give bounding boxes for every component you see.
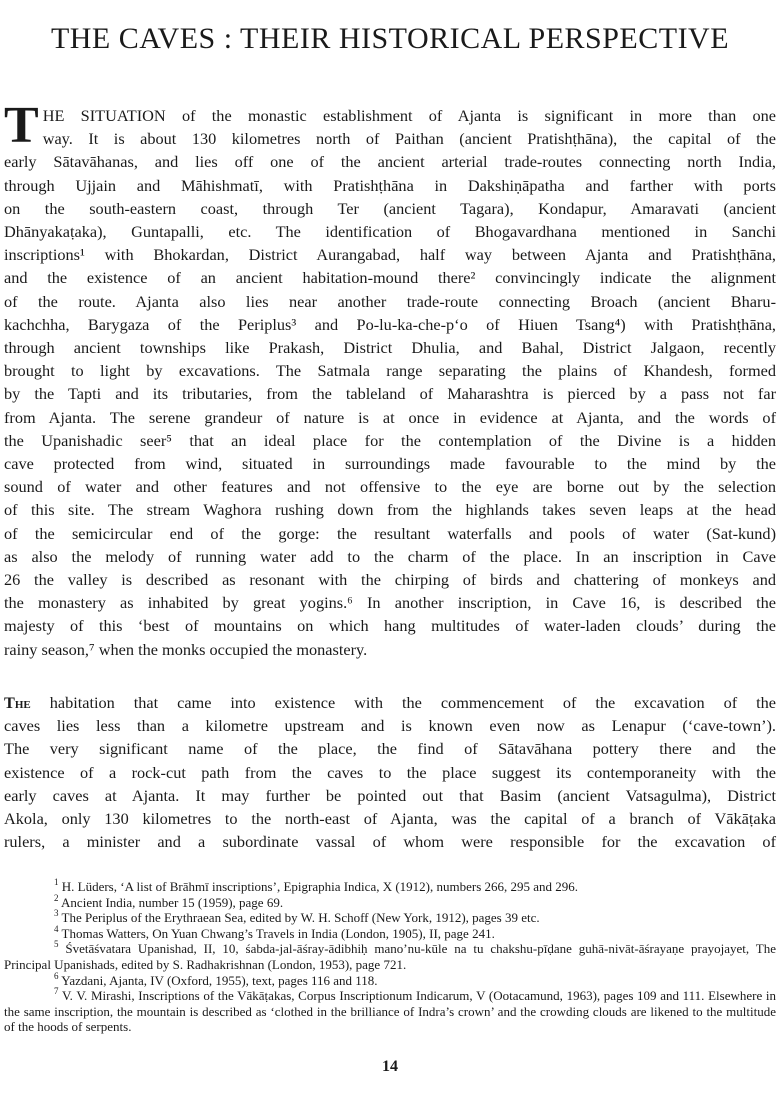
footnote-7: 7 V. V. Mirashi, Inscriptions of the Vāk… [4, 988, 776, 1035]
drop-cap: T [4, 106, 39, 146]
footnote-6: 6 Yazdani, Ajanta, IV (Oxford, 1955), te… [4, 973, 776, 989]
lead-word: The [4, 693, 31, 712]
text-line: early Sātavāhanas, and lies off one of t… [4, 150, 776, 173]
text-line: 26 the valley is described as resonant w… [4, 568, 776, 591]
text-line: by the Tapti and its tributaries, from t… [4, 382, 776, 405]
text-line: caves lies less than a kilometre upstrea… [4, 714, 776, 737]
text-line: on the south-eastern coast, through Ter … [4, 197, 776, 220]
paragraph-1: T HE SITUATION of the monastic establish… [4, 104, 776, 661]
text-line: from Ajanta. The serene grandeur of natu… [4, 406, 776, 429]
footnote-5: 5 Śvetāśvatara Upanishad, II, 10, śabda-… [4, 941, 776, 972]
text-line: existence of a rock-cut path from the ca… [4, 761, 776, 784]
text-line: majesty of this ‘best of mountains on wh… [4, 614, 776, 637]
footnote-2: 2 Ancient India, number 15 (1959), page … [4, 895, 776, 911]
text-line: Dhānyakaṭaka), Guntapalli, etc. The iden… [4, 220, 776, 243]
text-line: way. It is about 130 kilometres north of… [4, 127, 776, 150]
text-line: kachchha, Barygaza of the Periplus³ and … [4, 313, 776, 336]
text-line: of the route. Ajanta also lies near anot… [4, 290, 776, 313]
text-line: of the semicircular end of the gorge: th… [4, 522, 776, 545]
text-line: Akola, only 130 kilometres to the north-… [4, 807, 776, 830]
text-line: of this site. The stream Waghora rushing… [4, 498, 776, 521]
page-number: 14 [0, 1058, 780, 1076]
text-line: the Upanishadic seer⁵ that an ideal plac… [4, 429, 776, 452]
text-line: cave protected from wind, situated in su… [4, 452, 776, 475]
footnote-1: 1 H. Lüders, ‘A list of Brāhmī inscripti… [4, 879, 776, 895]
footnote-4: 4 Thomas Watters, On Yuan Chwang’s Trave… [4, 926, 776, 942]
text-line: habitation that came into existence with… [31, 693, 776, 712]
paragraph-2: The habitation that came into existence … [4, 691, 776, 853]
text-line: through Ujjain and Māhishmatī, with Prat… [4, 174, 776, 197]
text-line: through ancient townships like Prakash, … [4, 336, 776, 359]
text-line: and the existence of an ancient habitati… [4, 266, 776, 289]
text-line: sound of water and other features and no… [4, 475, 776, 498]
text-line: the monastery as inhabited by great yogi… [4, 591, 776, 614]
text-line: inscriptions¹ with Bhokardan, District A… [4, 243, 776, 266]
text-line: brought to light by excavations. The Sat… [4, 359, 776, 382]
footnotes: 1 H. Lüders, ‘A list of Brāhmī inscripti… [4, 879, 776, 1035]
text-line: rainy season,⁷ when the monks occupied t… [4, 638, 776, 661]
footnote-3: 3 The Periplus of the Erythraean Sea, ed… [4, 910, 776, 926]
page-title: THE CAVES : THEIR HISTORICAL PERSPECTIVE [0, 22, 780, 56]
text-line: rulers, a minister and a subordinate vas… [4, 830, 776, 853]
text-line: as also the melody of running water add … [4, 545, 776, 568]
text-line: The very significant name of the place, … [4, 737, 776, 760]
text-line: HE SITUATION of the monastic establishme… [4, 104, 776, 127]
text-line: early caves at Ajanta. It may further be… [4, 784, 776, 807]
